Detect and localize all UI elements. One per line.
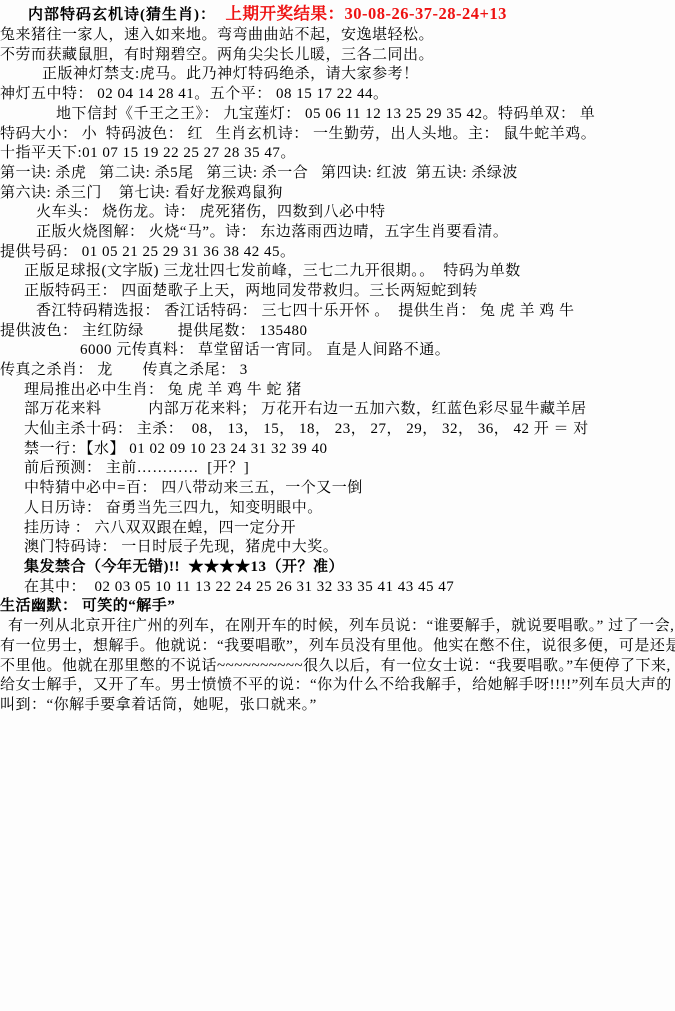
last-draw-result: 上期开奖结果：30-08-26-37-28-24+13 [226,4,507,23]
text-line-11: 正版火烧图解： 火烧“马”。诗： 东边落雨西边晴，五字生肖要看清。 [0,223,675,243]
text-line-29: 在其中： 02 03 05 10 11 13 22 24 25 26 31 32… [0,578,675,598]
text-line-4: 神灯五中特： 02 04 14 28 41。五个平： 08 15 17 22 4… [0,85,675,105]
text-line-24: 中特猜中必中=百： 四八带动来三五，一个又一倒 [0,479,675,499]
text-line-15: 香江特码精选报： 香江话特码： 三七四十乐开怀 。 提供生肖： 兔 虎 羊 鸡 … [0,302,675,322]
text-line-1: 兔来猪往一家人，速入如来地。弯弯曲曲站不起，安逸堪轻松。 [0,26,675,46]
lottery-tip-sheet: 内部特码玄机诗(猜生肖)： 上期开奖结果：30-08-26-37-28-24+1… [0,0,675,1011]
page-title: 内部特码玄机诗(猜生肖)： [0,7,226,23]
text-line-30: 生活幽默： 可笑的“解手” [0,597,675,617]
text-line-13: 正版足球报(文字版) 三龙壮四七发前峰，三七二九开很期。。 特码为单数 [0,262,675,282]
text-line-18: 传真之杀肖： 龙 传真之杀尾： 3 [0,361,675,381]
text-line-7: 十指平天下:01 07 15 19 22 25 27 28 35 47。 [0,144,675,164]
text-line-34: 给女士解手，又开了车。男士愤愤不平的说：“你为什么不给我解手，给她解手呀!!!!… [0,676,675,696]
text-line-22: 禁一行：【水】 01 02 09 10 23 24 31 32 39 40 [0,440,675,460]
text-line-33: 不里他。他就在那里憋的不说话~~~~~~~~~~很久以后，有一位女士说：“我要唱… [0,657,675,677]
text-line-17: 6000 元传真料： 草堂留话一宵同。 直是人间路不通。 [0,341,675,361]
text-line-28: 集发禁合（今年无错)!! ★★★★13（开？准） [0,558,675,578]
text-line-9: 第六诀: 杀三门 第七诀: 看好龙猴鸡鼠狗 [0,184,675,204]
text-line-35: 叫到：“你解手要拿着话筒，她呢，张口就来。” [0,696,675,716]
text-line-25: 人日历诗： 奋勇当先三四九，知变明眼中。 [0,499,675,519]
header-line: 内部特码玄机诗(猜生肖)： 上期开奖结果：30-08-26-37-28-24+1… [0,3,675,26]
text-line-8: 第一诀: 杀虎 第二诀: 杀5尾 第三诀: 杀一合 第四诀: 红波 第五诀: 杀… [0,164,675,184]
document-content: 内部特码玄机诗(猜生肖)： 上期开奖结果：30-08-26-37-28-24+1… [0,0,675,716]
content-lines: 兔来猪往一家人，速入如来地。弯弯曲曲站不起，安逸堪轻松。不劳而获藏鼠胆，有时翔碧… [0,26,675,716]
text-line-26: 挂历诗 ： 六八双双跟在蝗，四一定分开 [0,519,675,539]
text-line-3: 正版神灯禁支:虎马。此乃神灯特码绝杀，请大家参考！ [0,65,675,85]
text-line-5: 地下信封《千王之王》： 九宝莲灯： 05 06 11 12 13 25 29 3… [0,105,675,125]
text-line-21: 大仙主杀十码： 主杀： 08， 13， 15， 18， 23， 27， 29， … [0,420,675,440]
text-line-32: 有一位男士，想解手。他就说：“我要唱歌”，列车员没有里他。他实在憋不住，说很多便… [0,637,675,657]
text-line-6: 特码大小： 小 特码波色： 红 生肖玄机诗： 一生勤劳，出人头地。主： 鼠牛蛇羊… [0,125,675,145]
text-line-31: 有一列从北京开往广州的列车，在刚开车的时候，列车员说：“谁要解手，就说要唱歌。”… [0,617,675,637]
text-line-10: 火车头： 烧伤龙。诗： 虎死猪伤，四数到八必中特 [0,203,675,223]
text-line-23: 前后预测： 主前………… [开？] [0,459,675,479]
text-line-14: 正版特码王： 四面楚歌子上天，两地同发带救归。三长两短蛇到转 [0,282,675,302]
text-line-16: 提供波色： 主红防绿 提供尾数： 135480 [0,322,675,342]
text-line-27: 澳门特码诗： 一日时辰子先现，猪虎中大奖。 [0,538,675,558]
text-line-20: 部万花来料 内部万花来料； 万花开右边一五加六数，红蓝色彩尽显牛藏羊居 [0,400,675,420]
text-line-2: 不劳而获藏鼠胆，有时翔碧空。两角尖尖长儿暖，三各二同出。 [0,46,675,66]
text-line-12: 提供号码： 01 05 21 25 29 31 36 38 42 45。 [0,243,675,263]
text-line-19: 理局推出必中生肖： 兔 虎 羊 鸡 牛 蛇 猪 [0,381,675,401]
